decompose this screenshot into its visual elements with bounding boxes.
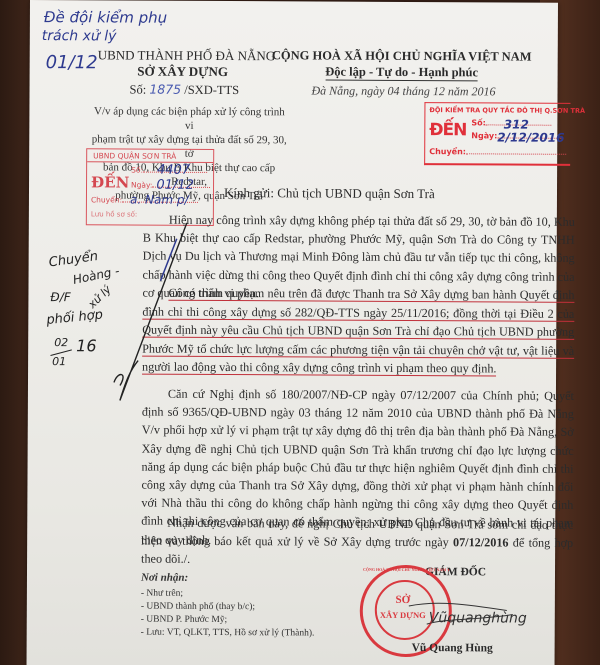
recipient-line: Kính gửi: Chủ tịch UBND quận Sơn Trà <box>224 185 435 202</box>
stamp-header: UBND QUẬN SƠN TRÀ <box>87 149 213 163</box>
document-page: Đề đội kiểm phụ trách xử lý 01/12 UBND T… <box>27 0 558 665</box>
number-label: Số: <box>129 83 146 97</box>
date-year: năm 2016 <box>448 84 496 98</box>
stamp-ngay-row: Ngày:01/12 <box>131 181 210 190</box>
national-motto-line2: Độc lập - Tự do - Hạnh phúc <box>272 64 532 80</box>
stamp-big-label: ĐẾN <box>91 173 129 191</box>
stamp-chuyen-row: Chuyển: <box>429 147 566 157</box>
date-prefix: Đà Nẵng, ngày <box>311 83 384 97</box>
national-motto-text: Độc lập - Tự do - Hạnh phúc <box>325 65 478 82</box>
signature-stroke <box>407 600 517 631</box>
seal-ring-text: CỘNG HOÀ XÃ HỘI CHỦ NGHĨA VIỆT NAM ★ THÀ… <box>363 567 449 572</box>
stamp-chuyen-value: a. Nam p/ <box>130 193 189 207</box>
stamp-chuyen-label: Chuyển: <box>429 147 466 156</box>
stamp-so-label: Số: <box>471 118 486 127</box>
date-day: 04 <box>387 84 399 98</box>
margin-date-den: 01 <box>52 355 66 368</box>
margin-date-num: 02 <box>54 336 68 349</box>
number-suffix: /SXD-TTS <box>184 83 239 97</box>
stamp-ngay-label: Ngày: <box>131 181 152 190</box>
recipient-item: - UBND P. Phước Mỹ; <box>141 614 228 627</box>
recipient-item: - UBND thành phố (thay b/c); <box>141 601 255 615</box>
recipients-title: Nơi nhận: <box>141 572 188 585</box>
paragraph-2-text: Công trình vi phạm nêu trên đã được Than… <box>142 286 574 377</box>
stamp-so-value: 312 <box>504 117 529 131</box>
stamp-chuyen-label: Chuyển: <box>91 195 122 204</box>
subject-line: V/v áp dụng các biện pháp xử lý công trì… <box>89 104 289 133</box>
paragraph-4-text: Nhận được văn bản này, đề nghị Chủ tịch … <box>141 516 573 550</box>
handwritten-note-top-line1: Đề đội kiểm phụ <box>44 8 167 27</box>
date-mid: tháng <box>402 84 429 98</box>
stamp-ngay-row: Ngày:2/12/2016 <box>471 131 561 140</box>
deadline-date: 07/12/2016 <box>453 535 509 549</box>
recipient-item: - Lưu: VT, QLKT, TTS, Hồ sơ xử lý (Thành… <box>141 627 315 641</box>
stamp-ngay-value: 2/12/2016 <box>497 130 564 144</box>
stamp-ngay-label: Ngày: <box>471 131 497 140</box>
handwritten-note-top-line2: trách xử lý <box>42 28 117 44</box>
margin-signature-stroke <box>68 220 189 421</box>
paragraph-4: Nhận được văn bản này, đề nghị Chủ tịch … <box>141 514 573 571</box>
date-month: 12 <box>433 84 445 98</box>
paragraph-2: Công trình vi phạm nêu trên đã được Than… <box>142 284 574 379</box>
stamp-header: ĐỘI KIỂM TRA QUY TẮC ĐÔ THỊ Q.SƠN TRÀ <box>429 106 585 115</box>
national-motto-line1: CỘNG HOÀ XÃ HỘI CHỦ NGHĨA VIỆT NAM <box>272 48 532 64</box>
stamp-so-row: Số:312 <box>471 118 552 127</box>
stamp-so-label: Số: <box>131 166 143 175</box>
handwritten-note-top-date: 01/12 <box>46 52 98 73</box>
inspection-team-received-stamp: ĐỘI KIỂM TRA QUY TẮC ĐÔ THỊ Q.SƠN TRÀ ĐẾ… <box>424 102 570 166</box>
stamp-ngay-value: 01/12 <box>156 178 194 193</box>
stamp-luu-row: Lưu hồ sơ số: <box>91 210 137 218</box>
document-number: Số: 1875 /SXD-TTS <box>129 82 239 99</box>
number-value: 1875 <box>149 82 181 97</box>
recipient-item: - Như trên; <box>141 588 183 601</box>
stamp-so-value: 4407 <box>157 163 190 178</box>
issuer-line2: SỞ XÂY DỰNG <box>98 63 268 80</box>
issuer-line1: UBND THÀNH PHỐ ĐÀ NẴNG <box>98 47 268 64</box>
stamp-so-row: Số:4407 <box>131 166 207 175</box>
document-date: Đà Nẵng, ngày 04 tháng 12 năm 2016 <box>311 83 495 99</box>
stamp-big-label: ĐẾN <box>429 120 466 140</box>
stamp-luu-label: Lưu hồ sơ số: <box>91 210 137 218</box>
signatory-name: Vũ Quang Hùng <box>412 642 493 654</box>
stamp-chuyen-row: Chuyển:a. Nam p/ <box>91 195 198 205</box>
